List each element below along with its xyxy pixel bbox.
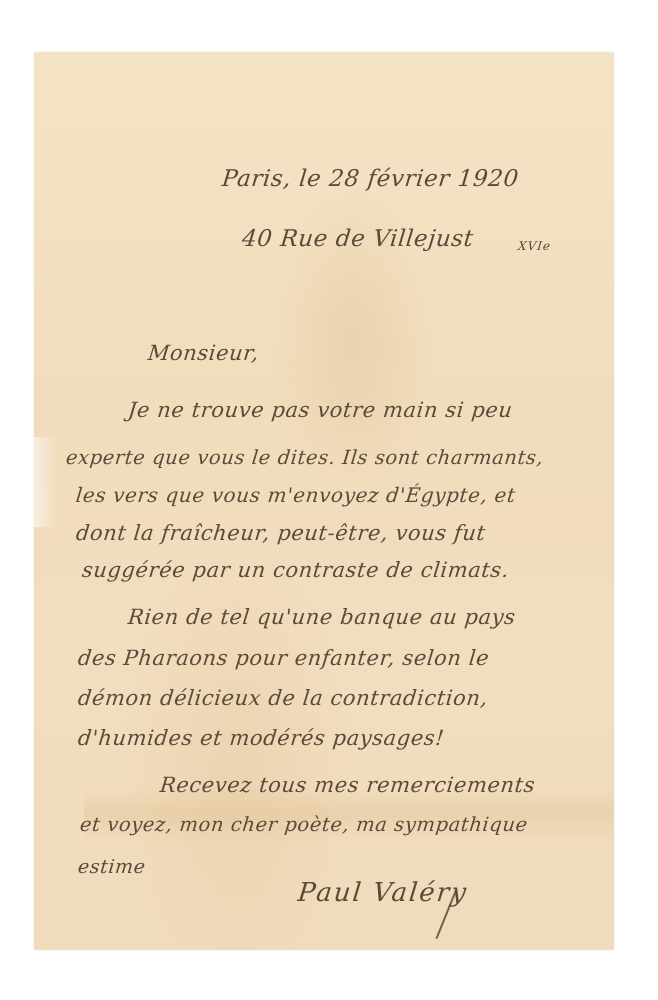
body-line: et voyez, mon cher poète, ma sympathique	[79, 815, 529, 835]
body-line: Je ne trouve pas votre main si peu	[127, 400, 514, 421]
body-line: estime	[77, 858, 147, 877]
body-line: d'humides et modérés paysages!	[77, 728, 446, 749]
salutation: Monsieur,	[147, 343, 260, 364]
body-line: Recevez tous mes remerciements	[159, 775, 536, 796]
address: 40 Rue de Villejust	[241, 228, 475, 251]
body-line: les vers que vous m'envoyez d'Égypte, et	[75, 485, 517, 505]
paper-edge-mark	[34, 437, 56, 527]
body-line: dont la fraîcheur, peut-être, vous fut	[75, 523, 487, 544]
signature: Paul Valéry	[297, 880, 470, 906]
arrondissement: XVIe	[517, 240, 551, 252]
body-line: Rien de tel qu'une banque au pays	[127, 607, 517, 628]
body-line: experte que vous le dites. Ils sont char…	[65, 448, 545, 468]
body-line: des Pharaons pour enfanter, selon le	[77, 648, 490, 669]
place-date: Paris, le 28 février 1920	[221, 168, 520, 191]
body-line: démon délicieux de la contradiction,	[77, 688, 489, 709]
body-line: suggérée par un contraste de climats.	[81, 560, 510, 581]
